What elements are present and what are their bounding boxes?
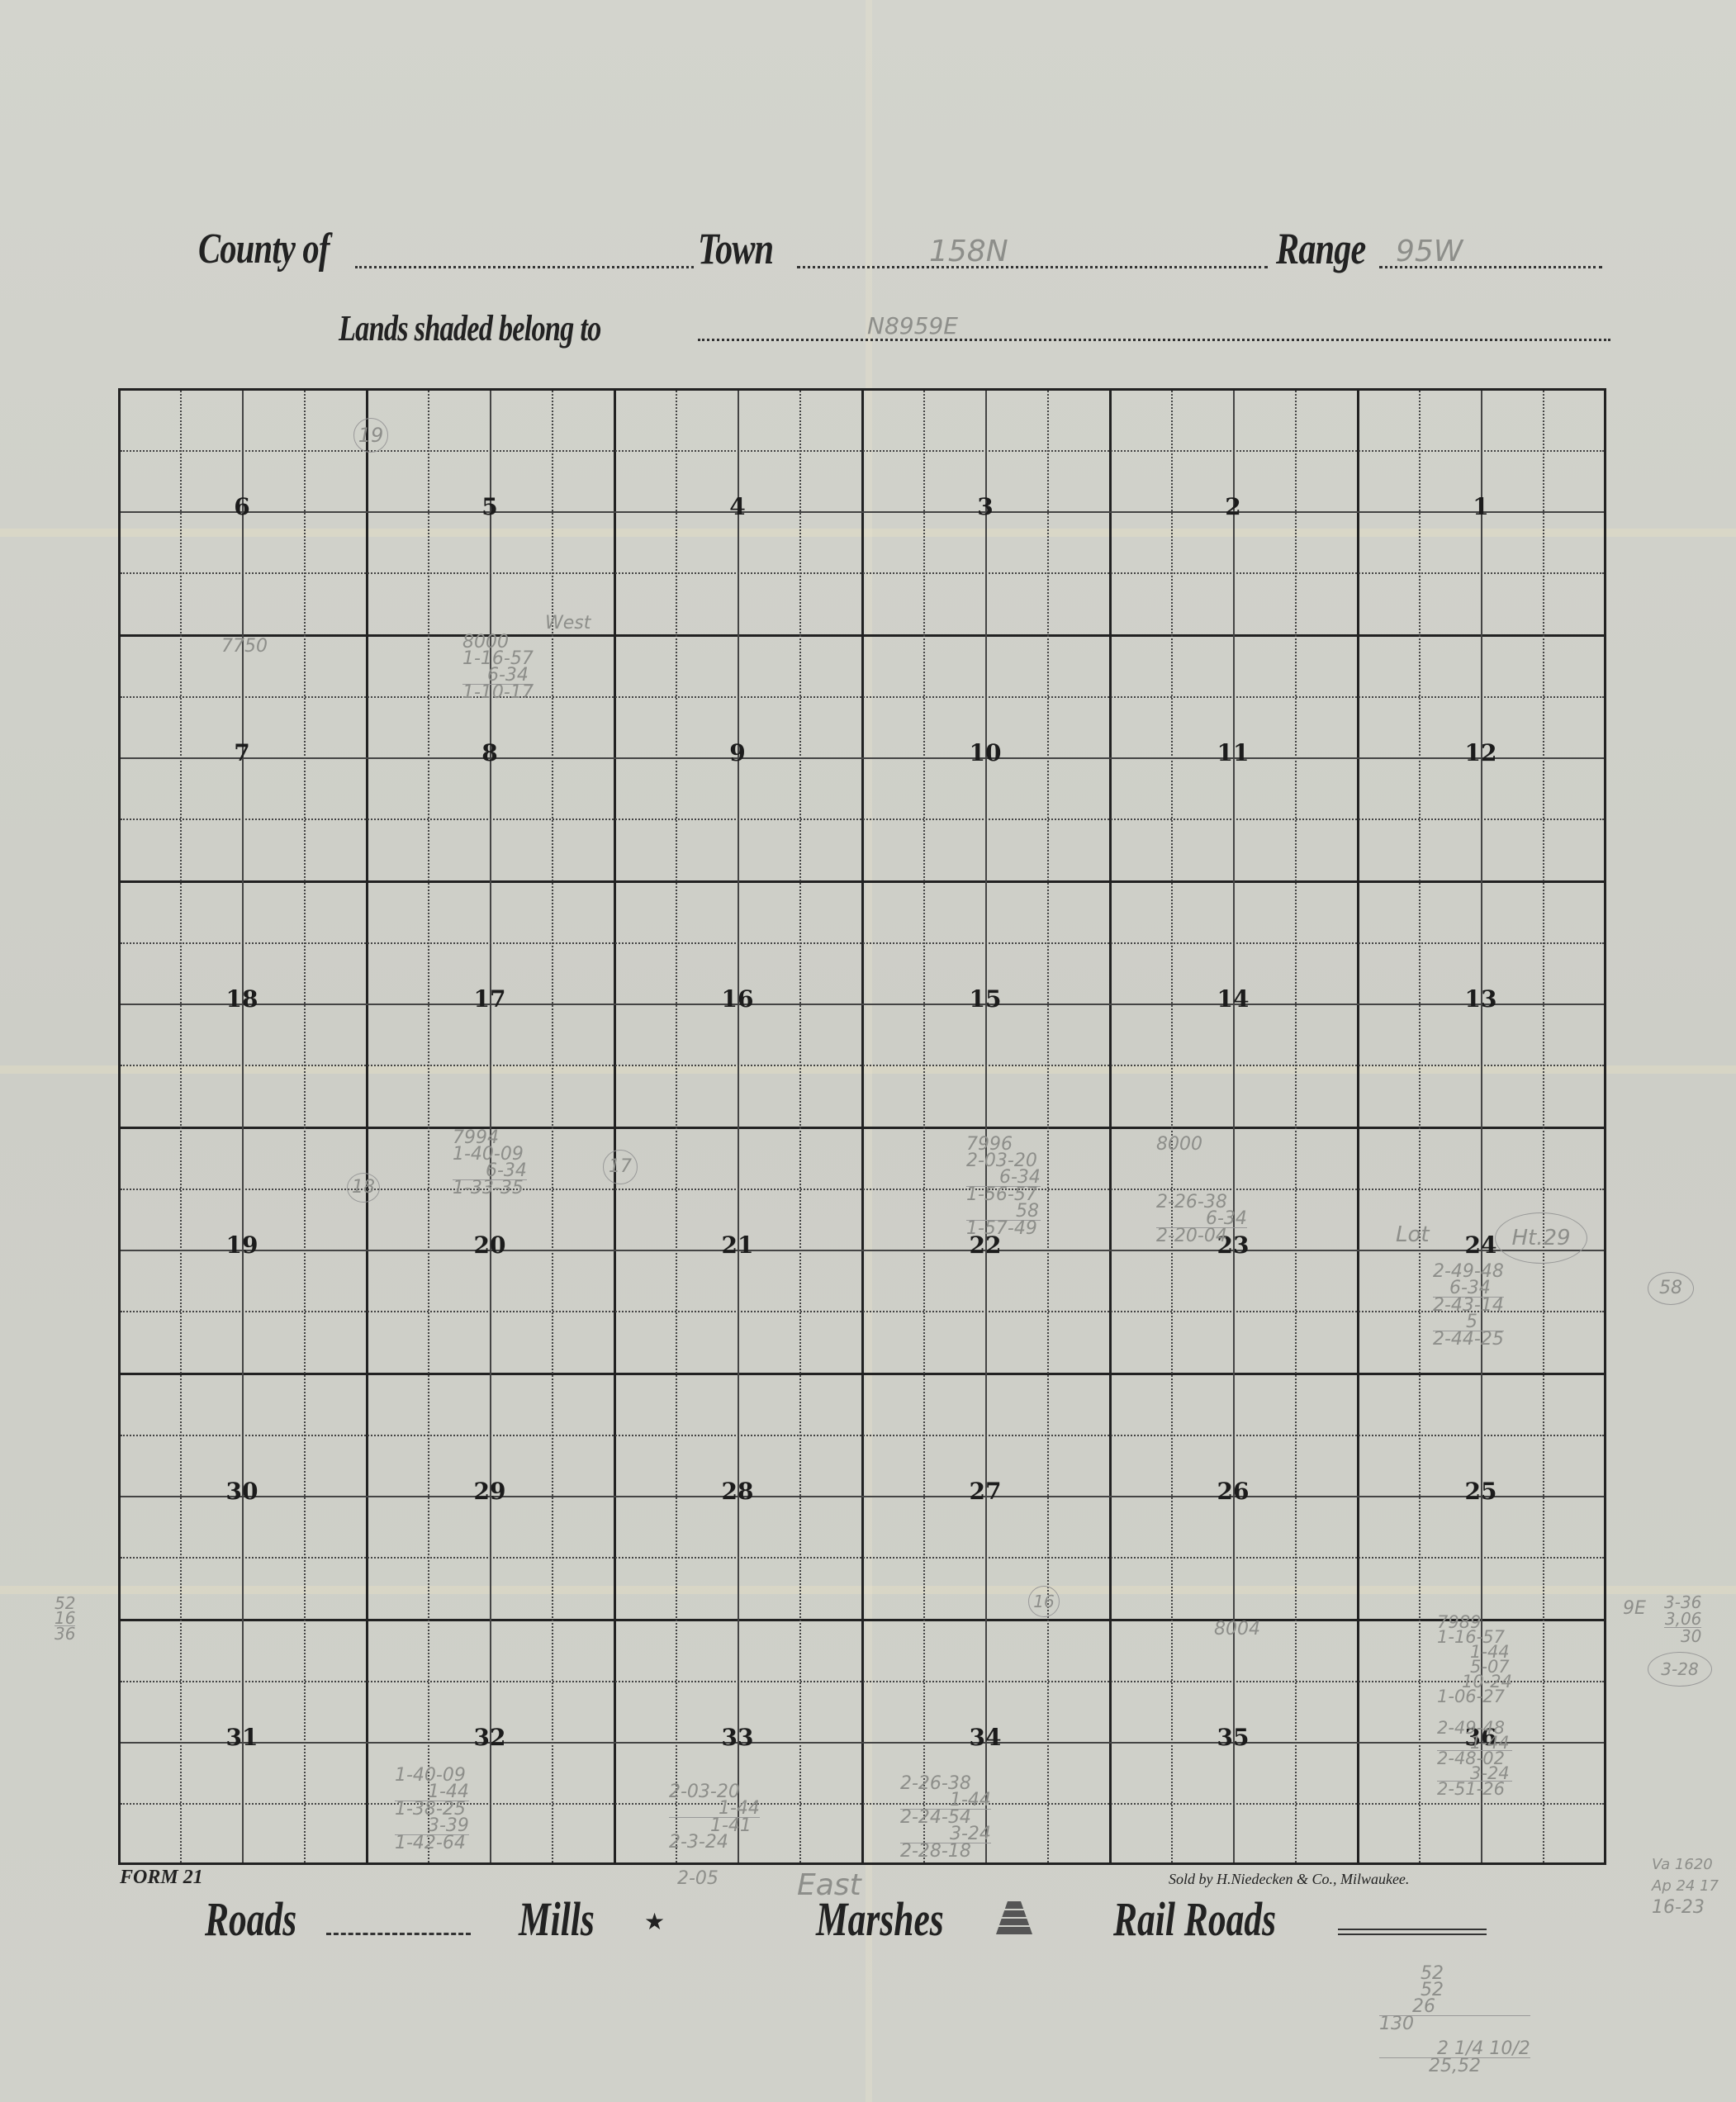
section-number: 30 [209,1478,275,1511]
sec33-calculation: 2-03-20 1-44 1-41 2-3-24 [669,1784,760,1851]
section-number: 7 [209,739,275,772]
lands-shaded-label: Lands shaded belong to [339,307,600,349]
range-value: 95W [1396,235,1463,268]
sec36-calculation: 7989 1-16-57 1-44 5-07 10-24 1-06-27 2-4… [1437,1615,1512,1796]
circled-note: 3-28 [1648,1652,1712,1687]
section-number: 1 [1448,493,1514,526]
section-number: 14 [1200,985,1266,1018]
lands-field-line [698,339,1610,341]
section-number: 34 [952,1724,1018,1757]
survey-form-sheet: County of Town 158N Range 95W Lands shad… [0,0,1736,2102]
sec22-calculation: 7996 2-03-20 6-34 1-56-57 58 1-57-49 [966,1136,1041,1237]
area-note: 8004 [1214,1619,1260,1639]
legend-marshes-label: Marshes [816,1891,944,1947]
section-number: 20 [457,1231,523,1265]
circled-note: 17 [603,1150,638,1184]
section-number: 28 [704,1478,771,1511]
circled-note: 58 [1648,1272,1694,1305]
town-label: Town [698,223,773,274]
sec20-calculation: 7994 1-40-09 6-34 1-33-35 [453,1130,527,1197]
archive-notes: Va 1620 Ap 24 17 16-23 [1652,1854,1719,1919]
section-number: 33 [704,1724,771,1757]
section-number: 3 [952,493,1018,526]
area-note: 7750 [221,636,268,657]
section-number: 8 [457,739,523,772]
margin-calculation: 52 16 36 [55,1596,75,1641]
section-number: 10 [952,739,1018,772]
section-number: 6 [209,493,275,526]
publisher-credit: Sold by H.Niedecken & Co., Milwaukee. [1169,1871,1409,1888]
legend-railroads-label: Rail Roads [1113,1891,1276,1947]
legend-roads-label: Roads [205,1891,296,1947]
section-number: 9 [704,739,771,772]
section-number: 17 [457,985,523,1018]
direction-note: 9E [1623,1598,1646,1619]
section-number: 5 [457,493,523,526]
section-number: 26 [1200,1478,1266,1511]
circled-note: Ht.29 [1495,1212,1587,1264]
section-number: 31 [209,1724,275,1757]
section-number: 11 [1200,739,1266,772]
section-number: 19 [209,1231,275,1265]
circled-note: 16 [1028,1586,1060,1617]
section-number: 16 [704,985,771,1018]
section-number: 35 [1200,1724,1266,1757]
mill-star-icon: ★ [644,1908,665,1935]
lot-note: Lot [1396,1222,1430,1247]
lands-value: N8959E [867,312,958,339]
note: 2-05 [677,1868,719,1889]
section-number: 29 [457,1478,523,1511]
marsh-icon [996,1901,1032,1934]
sec23-calculation: 8000 2-26-38 6-34 2-20-04 [1156,1136,1247,1245]
legend-railroads-symbol [1338,1929,1487,1935]
range-label: Range [1276,223,1365,274]
section-number: 15 [952,985,1018,1018]
section-number: 18 [209,985,275,1018]
county-label: County of [198,225,330,273]
bottom-calculation: 52 52 26 130 2 1/4 10/2 25,52 [1379,1966,1530,2075]
township-grid: 6 5 4 3 2 1 7 8 9 10 11 12 18 17 16 15 1… [118,388,1606,1865]
section-number: 2 [1200,493,1266,526]
sec34-calculation: 2-26-38 1-44 2-24-54 3-24 2-28-18 [900,1776,991,1860]
county-field-line [355,266,694,268]
legend-roads-symbol [326,1933,471,1935]
sec8-calculation: 8000 1-16-57 6-34 1-10-17 [462,634,534,701]
legend-mills-label: Mills [519,1891,595,1947]
town-value: 158N [929,235,1008,268]
section-number: 21 [704,1231,771,1265]
sec24-calculation: 2-49-48 6-34 2-43-14 5 2-44-25 [1433,1264,1504,1348]
town-field-line [797,266,1268,268]
circled-note: 19 [353,418,388,453]
section-number: 27 [952,1478,1018,1511]
section-number: 32 [457,1724,523,1757]
circled-note: 18 [347,1173,380,1203]
section-number: 25 [1448,1478,1514,1511]
section-number: 4 [704,493,771,526]
section-number: 13 [1448,985,1514,1018]
form-number: FORM 21 [120,1867,203,1889]
direction-note: West [545,613,591,633]
margin-calculation: 3-36 3,06 30 [1664,1594,1701,1644]
sec32-calculation: 1-40-09 1-44 1-38-25 3-39 1-42-64 [395,1767,469,1852]
section-number: 12 [1448,739,1514,772]
